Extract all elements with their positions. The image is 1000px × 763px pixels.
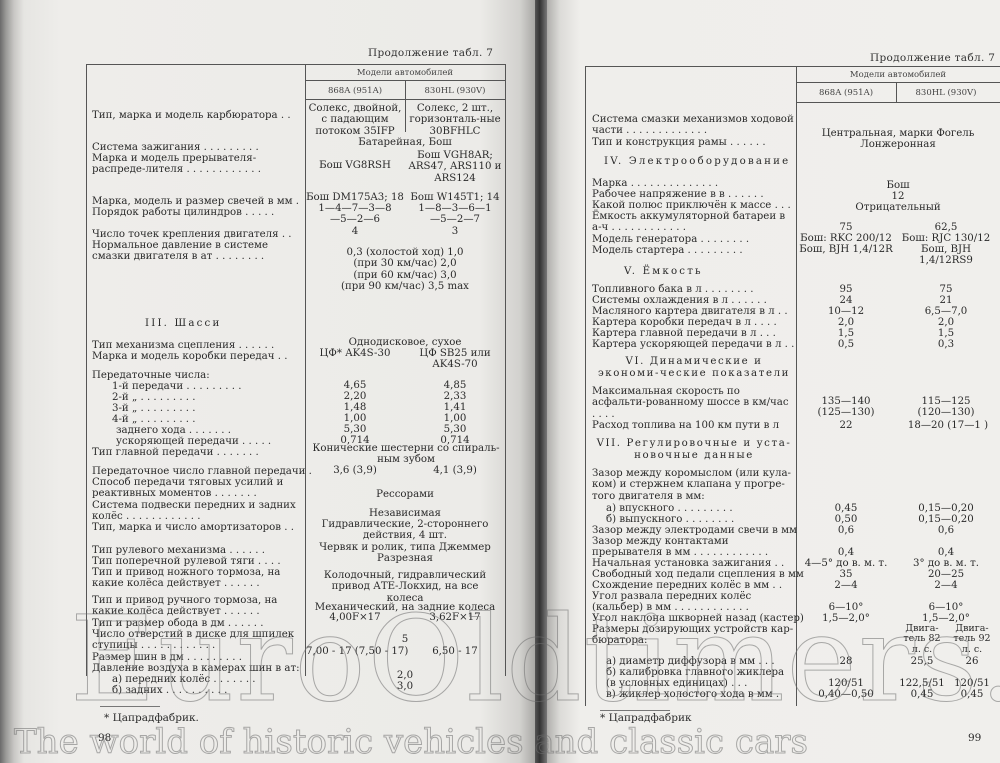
table-left-rule: [86, 64, 87, 676]
section-title: III. Шасси: [145, 318, 221, 329]
row-value: 10—12: [796, 306, 896, 317]
row-value: 18—20 (17—1 ): [896, 420, 1000, 431]
row-value: Бош: [796, 180, 1000, 191]
row-value: 120/51: [796, 678, 896, 689]
row-value: Червяк и ролик, типа Джеммер: [306, 542, 504, 553]
row-value: Батарейная, Бош: [306, 137, 504, 148]
row-value: 3,0: [306, 681, 504, 692]
row-label: Тип рулевого механизма . . . . . .: [92, 545, 265, 556]
row-value: Бош, BJH 1,4/12R: [796, 244, 896, 255]
row-value: 2,20: [306, 391, 404, 402]
row-label: Тип, марка и число амортизаторов . .: [92, 522, 294, 533]
row-value: 4: [306, 226, 404, 237]
row-label: Ёмкость аккумуляторной батареи в а-ч . .…: [592, 211, 794, 234]
header-rule: [796, 82, 1000, 83]
row-label: Модель стартера . . . . . . . . .: [592, 245, 743, 256]
header-rule-2: [796, 102, 1000, 103]
row-label: Какой полюс приключён к массе . . .: [592, 200, 791, 211]
row-value: 3,62F×17: [406, 612, 504, 623]
row-value: 25,5: [898, 656, 946, 667]
row-value: 2,0: [896, 317, 996, 328]
row-value: 0,45: [796, 503, 896, 514]
row-label: Передаточные числа:: [92, 370, 210, 381]
row-value: 5,30: [406, 424, 504, 435]
row-label: Свободный ход педали сцепления в мм: [592, 569, 804, 580]
row-label: Число отверстий в диске для шпилек ступи…: [92, 629, 304, 652]
row-value: 1,5: [796, 328, 896, 339]
row-value: 0,15—0,20: [896, 503, 996, 514]
row-value: 4—5° до в. м. т.: [796, 558, 896, 569]
row-label: Тип, марка и модель карбюратора . .: [92, 110, 291, 121]
row-value: 120/51: [948, 678, 996, 689]
page-number: 98: [98, 732, 111, 744]
row-value: Бош, BJH 1,4/12RS9: [906, 244, 986, 267]
row-value: Отрицательный: [796, 202, 1000, 213]
row-label: Система зажигания . . . . . . . . .: [92, 142, 259, 153]
row-value: ЦФ* AK4S-30: [306, 348, 404, 359]
row-label: Число точек крепления двигателя . .: [92, 229, 292, 240]
row-value: 1,00: [306, 413, 404, 424]
header-rule-2: [305, 99, 505, 100]
row-value: 2,0: [796, 317, 896, 328]
row-value: 1,5: [896, 328, 996, 339]
row-value: Бош: RKC 200/12: [796, 233, 896, 244]
row-value: 0,4: [796, 547, 896, 558]
table-col-divider: [305, 64, 306, 676]
row-label: Марка и модель коробки передач . .: [92, 351, 287, 362]
table-top-rule: [86, 64, 506, 65]
row-label: 2-й „ . . . . . . . . .: [112, 392, 196, 403]
row-label: Тип главной передачи . . . . . . .: [92, 447, 259, 458]
row-value: Рессорами: [306, 489, 504, 500]
row-value: 122,5/51: [898, 678, 946, 689]
row-value: 1—4—7—3—8—5—2—6: [316, 203, 394, 226]
row-value: Гидравлические, 2-стороннего действия, 4…: [318, 519, 492, 542]
footnote-rule: [100, 706, 160, 707]
row-label: Модель генератора . . . . . . . .: [592, 234, 749, 245]
row-label: Картера главной передачи в л . . .: [592, 328, 776, 339]
row-value: Конические шестерни со спираль-ным зубом: [310, 443, 502, 466]
row-label: Система смазки механизмов ходовой части …: [592, 114, 794, 137]
row-label: ускоряющей передачи . . . . .: [116, 436, 271, 447]
header-col1: 868A (951A): [305, 86, 405, 96]
row-value: Разрезная: [306, 553, 504, 564]
row-value: 24: [796, 295, 896, 306]
row-value: 28: [796, 656, 896, 667]
row-value: Центральная, марки Фогель: [796, 128, 1000, 139]
row-label: заднего хода . . . . . . .: [116, 425, 231, 436]
row-label: Тип и привод ручного тормоза, на какие к…: [92, 595, 304, 618]
row-value: 20—25: [896, 569, 996, 580]
row-label: Давление воздуха в камерах шин в ат:: [92, 663, 300, 674]
row-value: 0,6: [796, 525, 896, 536]
row-label: Масляного картера двигателя в л . .: [592, 306, 788, 317]
row-label: Зазор между контактами прерывателя в мм …: [592, 536, 794, 559]
row-value: 4,1 (3,9): [406, 465, 504, 476]
row-value: Солекс, двойной, с падающим потоком 35IF…: [306, 103, 404, 137]
header-col2: 830HL (930V): [896, 88, 996, 98]
row-value: 75: [896, 284, 996, 295]
row-label: Способ передачи тяговых усилий и реактив…: [92, 477, 304, 500]
row-value: ЦФ SB25 или AK4S-70: [406, 348, 504, 371]
row-label: 4-й „ . . . . . . . . .: [112, 414, 196, 425]
section-title: VI. Динамические и экономи-ческие показа…: [596, 356, 792, 380]
row-label: Начальная установка зажигания . .: [592, 558, 784, 569]
row-value: 2—4: [796, 580, 896, 591]
row-value: 3: [406, 226, 504, 237]
row-label: Расход топлива на 100 км пути в л: [592, 420, 779, 431]
left-page: Продолжение табл. 7 Модели автомобилей 8…: [0, 0, 540, 763]
row-value: 5: [306, 634, 504, 645]
row-label: Картера ускоряющей передачи в л . .: [592, 339, 794, 350]
row-value: 95: [796, 284, 896, 295]
section-title: IV. Электрооборудование: [604, 156, 790, 167]
right-page: Продолжение табл. 7 Модели автомобилей 8…: [540, 0, 1000, 763]
row-label: Порядок работы цилиндров . . . . .: [92, 207, 274, 218]
row-value: 0,45: [948, 689, 996, 700]
row-value: 4,85: [406, 380, 504, 391]
page-number: 99: [968, 732, 981, 744]
row-value: Колодочный, гидравлический привод АТЕ-Ло…: [314, 570, 496, 604]
row-value: 22: [796, 420, 896, 431]
row-value: 6—10°: [896, 602, 996, 613]
row-value: Однодисковое, сухое: [306, 337, 504, 348]
row-value: 21: [896, 295, 996, 306]
footnote: * Цапрадфабрик.: [104, 712, 199, 724]
row-value: 0,6: [896, 525, 996, 536]
continuation-label: Продолжение табл. 7: [870, 52, 995, 64]
row-value: 6—10°: [796, 602, 896, 613]
row-label: Нормальное давление в системе смазки дви…: [92, 240, 304, 263]
row-value: 135—140 (125—130): [816, 396, 876, 419]
row-value: Бош VGH8AR; ARS47, ARS110 и ARS124: [406, 150, 504, 184]
row-label: Максимальная скорость по асфальти-рованн…: [592, 386, 794, 420]
section-title: VII. Регулировочные и уста-новочные данн…: [596, 438, 792, 462]
footnote-rule: [600, 710, 670, 711]
row-value: 0,4: [896, 547, 996, 558]
row-value: 1—8—3—6—1—5—2—7: [416, 203, 494, 226]
row-label: а) впускного . . . . . . . . .: [606, 503, 733, 514]
header-col1: 868A (951A): [796, 88, 896, 98]
row-value: 62,5: [896, 222, 996, 233]
footnote: * Цапрадфабрик: [600, 712, 692, 724]
row-value: 6,5—7,0: [896, 306, 996, 317]
row-value: Бош: RJC 130/12: [896, 233, 996, 244]
row-value: Лонжеронная: [796, 139, 1000, 150]
row-value: Независимая: [306, 508, 504, 519]
row-label: Тип механизма сцепления . . . . . .: [92, 340, 274, 351]
row-value: 1,5—2,0°: [796, 613, 896, 624]
row-label: б) калибровка главного жиклера (в условн…: [606, 667, 794, 690]
row-label: б) выпускного . . . . . . . .: [606, 514, 734, 525]
row-label: Картера коробки передач в л . . . .: [592, 317, 777, 328]
row-value: 12: [796, 191, 1000, 202]
row-value: 75: [796, 222, 896, 233]
row-value: 0,3: [896, 339, 996, 350]
header-models: Модели автомобилей: [305, 68, 505, 78]
row-value: 7,00 - 17 (7,50 - 17): [306, 646, 404, 657]
book-gutter: [535, 0, 547, 763]
row-label: Передаточное число главной передачи .: [92, 466, 312, 477]
table-left-rule: [585, 66, 586, 706]
row-value: 4,65: [306, 380, 404, 391]
row-value: 3° до в. м. т.: [896, 558, 996, 569]
row-value: 4,00F×17: [306, 612, 404, 623]
table-top-rule: [585, 66, 1000, 67]
row-value: Бош DM175A3; 18: [306, 192, 404, 203]
row-label: Зазор между коромыслом (или кула-ком) и …: [592, 468, 794, 502]
row-value: Двига-тель 82 л. с.: [898, 624, 946, 655]
row-value: 1,41: [406, 402, 504, 413]
row-label: Марка . . . . . . . . . . . . . .: [592, 178, 718, 189]
row-label: Угол наклона шкворней назад (кастер): [592, 613, 804, 624]
row-value: 1,48: [306, 402, 404, 413]
book-spread: Продолжение табл. 7 Модели автомобилей 8…: [0, 0, 1000, 763]
row-value: Бош W145T1; 14: [406, 192, 504, 203]
row-value: 0,5: [796, 339, 896, 350]
row-value: 2,0: [306, 670, 504, 681]
section-title: V. Ёмкость: [624, 266, 703, 277]
row-value: 1,00: [406, 413, 504, 424]
row-value: 0,50: [796, 514, 896, 525]
row-value: 26: [948, 656, 996, 667]
row-label: Тип поперечной рулевой тяги . . . .: [92, 556, 281, 567]
row-value: 2—4: [896, 580, 996, 591]
table-right-rule: [505, 64, 506, 676]
row-label: Тип и размер обода в дм . . . . . .: [92, 618, 264, 629]
row-label: Тип и конструкция рамы . . . . . .: [592, 137, 766, 148]
row-label: Размер шин в дм . . . . . . . . .: [92, 652, 242, 663]
row-label: в) жиклер холостого хода в мм .: [606, 689, 779, 700]
row-label: Марка, модель и размер свечей в мм .: [92, 196, 299, 207]
row-label: Рабочее напряжение в в . . . . . .: [592, 189, 764, 200]
header-col2: 830HL (930V): [405, 86, 505, 96]
row-label: Тип и привод ножного тормоза, на какие к…: [92, 567, 304, 590]
row-label: Зазор между электродами свечи в мм: [592, 525, 797, 536]
row-label: Марка и модель прерывателя-распреде-лите…: [92, 153, 302, 176]
row-label: Топливного бака в л . . . . . . . .: [592, 284, 754, 295]
row-value: Солекс, 2 шт., горизонталь-ные 30BFHLC: [406, 103, 504, 137]
row-label: Размеры дозирующих устройств кар-бюратор…: [592, 624, 794, 647]
continuation-label: Продолжение табл. 7: [368, 47, 493, 59]
row-label: 1-й передачи . . . . . . . . .: [112, 381, 241, 392]
row-value: 0,15—0,20: [896, 514, 996, 525]
row-value: 5,30: [306, 424, 404, 435]
row-label: Схождение передних колёс в мм . .: [592, 580, 782, 591]
row-value: 3,6 (3,9): [306, 465, 404, 476]
row-value: 6,50 - 17: [406, 646, 504, 657]
row-label: Угол развала передних колёс (кальбер) в …: [592, 591, 794, 614]
header-rule: [305, 80, 505, 81]
row-label: а) диаметр диффузора в мм . . .: [606, 656, 775, 667]
header-models: Модели автомобилей: [796, 70, 1000, 80]
row-label: 3-й „ . . . . . . . . .: [112, 403, 196, 414]
row-value: 0,3 (холостой ход) 1,0 (при 30 км/час) 2…: [340, 247, 470, 293]
row-label: б) задних . . . . . . . . . .: [112, 685, 227, 696]
row-value: 0,40—0,50: [796, 689, 896, 700]
row-label: а) передних колёс . . . . . . .: [112, 674, 256, 685]
row-value: Двига-тель 92 л. с.: [948, 624, 996, 655]
row-value: 115—125 (120—130): [916, 396, 976, 419]
row-value: Бош VG8RSH: [306, 160, 404, 171]
row-label: Системы охлаждения в л . . . . . .: [592, 295, 767, 306]
row-value: 2,33: [406, 391, 504, 402]
row-label: Система подвески передних и задних колёс…: [92, 500, 304, 523]
row-value: 0,45: [898, 689, 946, 700]
row-value: 35: [796, 569, 896, 580]
